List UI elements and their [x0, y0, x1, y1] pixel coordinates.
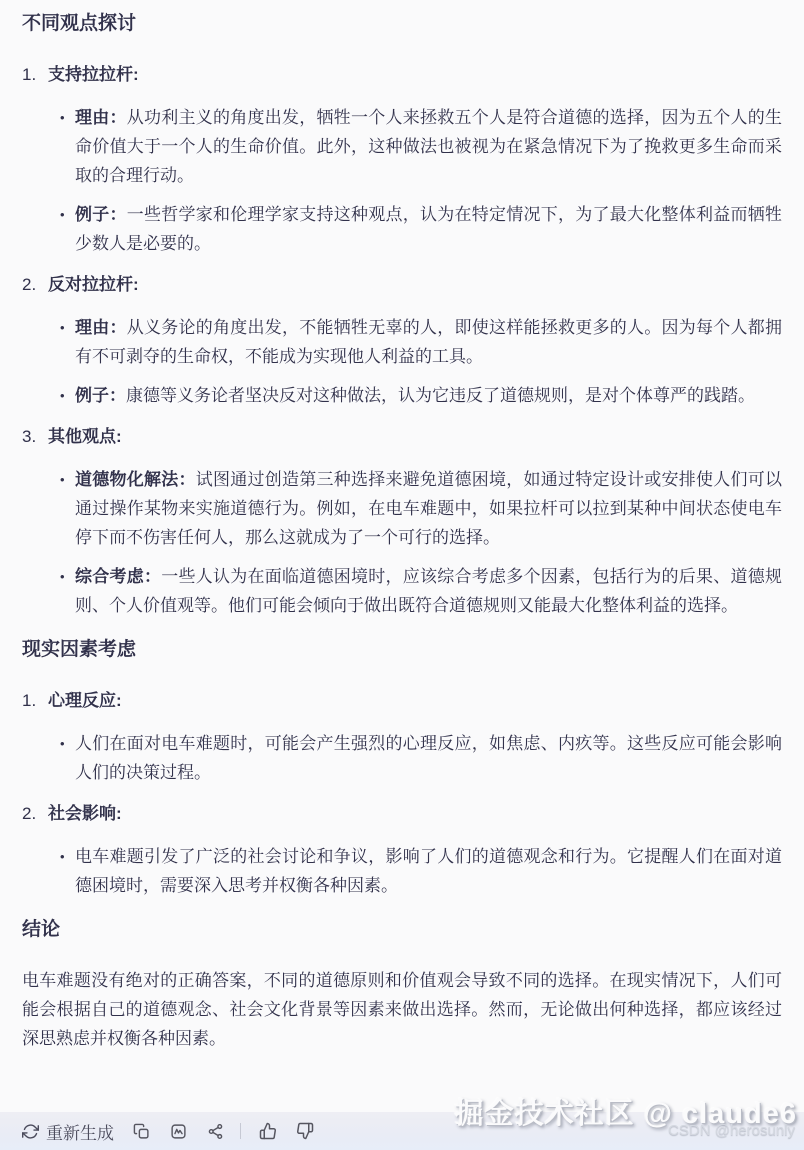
toolbar-divider	[240, 1123, 241, 1139]
list-item: 电车难题引发了广泛的社会讨论和争议，影响了人们的道德观念和行为。它提醒人们在面对…	[60, 842, 782, 900]
refresh-icon	[22, 1123, 39, 1140]
bullet-icon	[60, 103, 75, 190]
thumbs-up-icon	[259, 1122, 277, 1140]
section-heading-viewpoints: 不同观点探讨	[22, 12, 782, 36]
bullet-icon	[60, 465, 75, 552]
bullet-list: 理由：从功利主义的角度出发，牺牲一个人来拯救五个人是符合道德的选择，因为五个人的…	[22, 103, 782, 258]
watermark-csdn: CSDN @herosunly	[668, 1122, 795, 1139]
thumbs-up-button[interactable]	[258, 1121, 278, 1141]
list-number: 1.	[22, 60, 48, 89]
list-item: 综合考虑：一些人认为在面临道德困境时，应该综合考虑多个因素，包括行为的后果、道德…	[60, 562, 782, 620]
bullet-label: 例子：	[75, 386, 126, 405]
bullet-icon	[60, 381, 75, 410]
list-item: 例子：康德等义务论者坚决反对这种做法，认为它违反了道德规则，是对个体尊严的践踏。	[60, 381, 782, 410]
bullet-text: 康德等义务论者坚决反对这种做法，认为它违反了道德规则，是对个体尊严的践踏。	[126, 386, 755, 405]
bullet-text: 一些哲学家和伦理学家支持这种观点，认为在特定情况下，为了最大化整体利益而牺牲少数…	[75, 205, 782, 253]
list-number: 2.	[22, 270, 48, 299]
list-title: 心理反应:	[48, 686, 122, 715]
list-title: 其他观点:	[48, 422, 122, 451]
list-number: 2.	[22, 799, 48, 828]
bullet-icon	[60, 313, 75, 371]
bullet-text: 电车难题引发了广泛的社会讨论和争议，影响了人们的道德观念和行为。它提醒人们在面对…	[75, 847, 782, 895]
list-item-title: 2. 社会影响:	[22, 799, 782, 828]
list-title: 社会影响:	[48, 799, 122, 828]
bullet-text: 一些人认为在面临道德困境时，应该综合考虑多个因素，包括行为的后果、道德规则、个人…	[75, 567, 782, 615]
bullet-icon	[60, 842, 75, 900]
copy-icon	[133, 1123, 150, 1140]
bullet-icon	[60, 562, 75, 620]
section-heading-conclusion: 结论	[22, 918, 782, 942]
regenerate-label: 重新生成	[46, 1119, 114, 1144]
list-item-title: 2. 反对拉拉杆:	[22, 270, 782, 299]
bullet-text: 人们在面对电车难题时，可能会产生强烈的心理反应，如焦虑、内疚等。这些反应可能会影…	[75, 734, 782, 782]
bullet-text: 从义务论的角度出发，不能牺牲无辜的人，即使这样能拯救更多的人。因为每个人都拥有不…	[75, 318, 782, 366]
list-item: 人们在面对电车难题时，可能会产生强烈的心理反应，如焦虑、内疚等。这些反应可能会影…	[60, 729, 782, 787]
bullet-label: 理由：	[75, 108, 127, 127]
list-item: 理由：从义务论的角度出发，不能牺牲无辜的人，即使这样能拯救更多的人。因为每个人都…	[60, 313, 782, 371]
list-item: 理由：从功利主义的角度出发，牺牲一个人来拯救五个人是符合道德的选择，因为五个人的…	[60, 103, 782, 190]
list-title: 反对拉拉杆:	[48, 270, 139, 299]
share-button[interactable]	[205, 1121, 225, 1141]
bullet-list: 理由：从义务论的角度出发，不能牺牲无辜的人，即使这样能拯救更多的人。因为每个人都…	[22, 313, 782, 410]
assistant-message: 不同观点探讨 1. 支持拉拉杆: 理由：从功利主义的角度出发，牺牲一个人来拯救五…	[0, 0, 804, 1053]
regenerate-button[interactable]: 重新生成	[22, 1119, 114, 1144]
bullet-list: 道德物化解法：试图通过创造第三种选择来避免道德困境，如通过特定设计或安排使人们可…	[22, 465, 782, 620]
screenshot-button[interactable]	[168, 1121, 188, 1141]
copy-button[interactable]	[131, 1121, 151, 1141]
bullet-icon	[60, 200, 75, 258]
list-number: 1.	[22, 686, 48, 715]
bullet-list: 电车难题引发了广泛的社会讨论和争议，影响了人们的道德观念和行为。它提醒人们在面对…	[22, 842, 782, 900]
conclusion-paragraph: 电车难题没有绝对的正确答案，不同的道德原则和价值观会导致不同的选择。在现实情况下…	[22, 966, 782, 1053]
share-icon	[207, 1123, 224, 1140]
list-item-title: 3. 其他观点:	[22, 422, 782, 451]
list-item: 例子：一些哲学家和伦理学家支持这种观点，认为在特定情况下，为了最大化整体利益而牺…	[60, 200, 782, 258]
bullet-list: 人们在面对电车难题时，可能会产生强烈的心理反应，如焦虑、内疚等。这些反应可能会影…	[22, 729, 782, 787]
bullet-label: 例子：	[75, 205, 127, 224]
screenshot-icon	[170, 1123, 187, 1140]
bullet-label: 理由：	[75, 318, 127, 337]
bullet-label: 综合考虑：	[75, 567, 161, 586]
bullet-icon	[60, 729, 75, 787]
list-number: 3.	[22, 422, 48, 451]
bullet-label: 道德物化解法：	[75, 470, 196, 489]
list-item-title: 1. 支持拉拉杆:	[22, 60, 782, 89]
list-title: 支持拉拉杆:	[48, 60, 139, 89]
section-heading-reality: 现实因素考虑	[22, 638, 782, 662]
list-item: 道德物化解法：试图通过创造第三种选择来避免道德困境，如通过特定设计或安排使人们可…	[60, 465, 782, 552]
list-item-title: 1. 心理反应:	[22, 686, 782, 715]
thumbs-down-button[interactable]	[295, 1121, 315, 1141]
bullet-text: 从功利主义的角度出发，牺牲一个人来拯救五个人是符合道德的选择，因为五个人的生命价…	[75, 108, 782, 185]
thumbs-down-icon	[296, 1122, 314, 1140]
